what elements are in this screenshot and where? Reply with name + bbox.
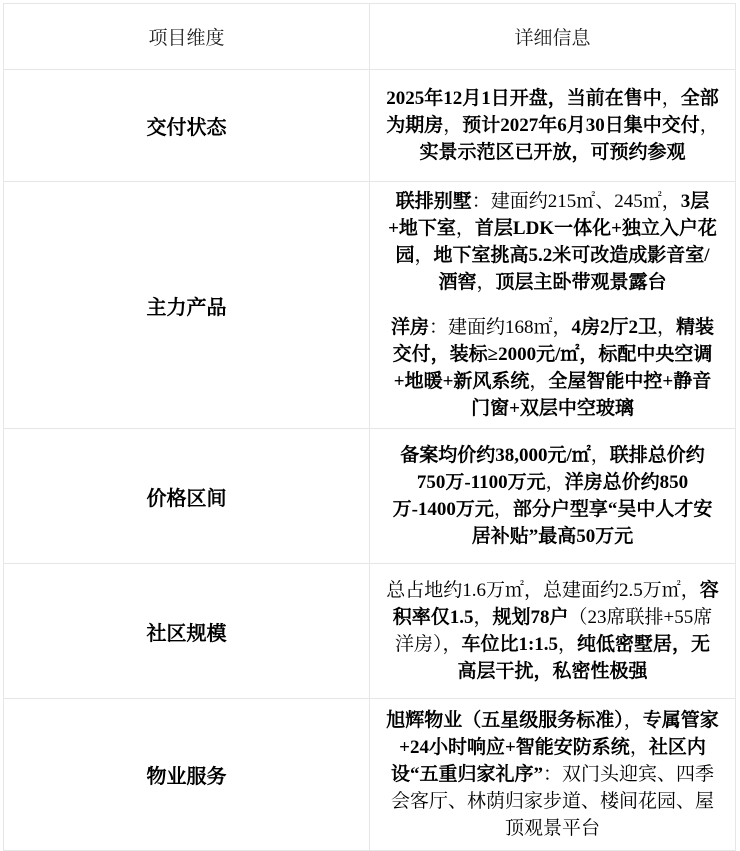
detail-paragraph: 联排别墅：建面约215㎡、245㎡，3层+地下室，首层LDK一体化+独立入户花园… bbox=[386, 188, 719, 296]
property-info-table: 项目维度 详细信息 交付状态2025年12月1日开盘，当前在售中，全部为期房，预… bbox=[3, 3, 736, 851]
table-row-delivery-status: 交付状态2025年12月1日开盘，当前在售中，全部为期房，预计2027年6月30… bbox=[4, 70, 736, 182]
table-row-property-service: 物业服务旭辉物业（五星级服务标准），专属管家+24小时响应+智能安防系统，社区内… bbox=[4, 699, 736, 851]
detail-paragraph: 2025年12月1日开盘，当前在售中，全部为期房，预计2027年6月30日集中交… bbox=[386, 85, 719, 166]
detail-cell-main-products: 联排别墅：建面约215㎡、245㎡，3层+地下室，首层LDK一体化+独立入户花园… bbox=[370, 182, 736, 429]
detail-paragraph: 洋房：建面约168㎡，4房2厅2卫，精装交付，装标≥2000元/㎡，标配中央空调… bbox=[386, 314, 719, 422]
dimension-cell-delivery-status: 交付状态 bbox=[4, 70, 370, 182]
detail-paragraph: 备案均价约38,000元/㎡，联排总价约750万-1100万元，洋房总价约850… bbox=[386, 442, 719, 550]
property-info-page: 项目维度 详细信息 交付状态2025年12月1日开盘，当前在售中，全部为期房，预… bbox=[0, 0, 740, 846]
dimension-cell-property-service: 物业服务 bbox=[4, 699, 370, 851]
detail-cell-price-range: 备案均价约38,000元/㎡，联排总价约750万-1100万元，洋房总价约850… bbox=[370, 429, 736, 564]
table-row-main-products: 主力产品联排别墅：建面约215㎡、245㎡，3层+地下室，首层LDK一体化+独立… bbox=[4, 182, 736, 429]
detail-cell-community-scale: 总占地约1.6万㎡，总建面约2.5万㎡，容积率仅1.5，规划78户（23席联排+… bbox=[370, 564, 736, 699]
dimension-cell-main-products: 主力产品 bbox=[4, 182, 370, 429]
dimension-cell-price-range: 价格区间 bbox=[4, 429, 370, 564]
dimension-cell-community-scale: 社区规模 bbox=[4, 564, 370, 699]
detail-cell-delivery-status: 2025年12月1日开盘，当前在售中，全部为期房，预计2027年6月30日集中交… bbox=[370, 70, 736, 182]
detail-paragraph: 总占地约1.6万㎡，总建面约2.5万㎡，容积率仅1.5，规划78户（23席联排+… bbox=[386, 577, 719, 685]
header-dimension: 项目维度 bbox=[4, 4, 370, 70]
header-detail: 详细信息 bbox=[370, 4, 736, 70]
detail-cell-property-service: 旭辉物业（五星级服务标准），专属管家+24小时响应+智能安防系统，社区内设“五重… bbox=[370, 699, 736, 851]
header-row: 项目维度 详细信息 bbox=[4, 4, 736, 70]
detail-paragraph: 旭辉物业（五星级服务标准），专属管家+24小时响应+智能安防系统，社区内设“五重… bbox=[386, 707, 719, 842]
table-body: 交付状态2025年12月1日开盘，当前在售中，全部为期房，预计2027年6月30… bbox=[4, 70, 736, 851]
table-row-price-range: 价格区间备案均价约38,000元/㎡，联排总价约750万-1100万元，洋房总价… bbox=[4, 429, 736, 564]
table-row-community-scale: 社区规模总占地约1.6万㎡，总建面约2.5万㎡，容积率仅1.5，规划78户（23… bbox=[4, 564, 736, 699]
